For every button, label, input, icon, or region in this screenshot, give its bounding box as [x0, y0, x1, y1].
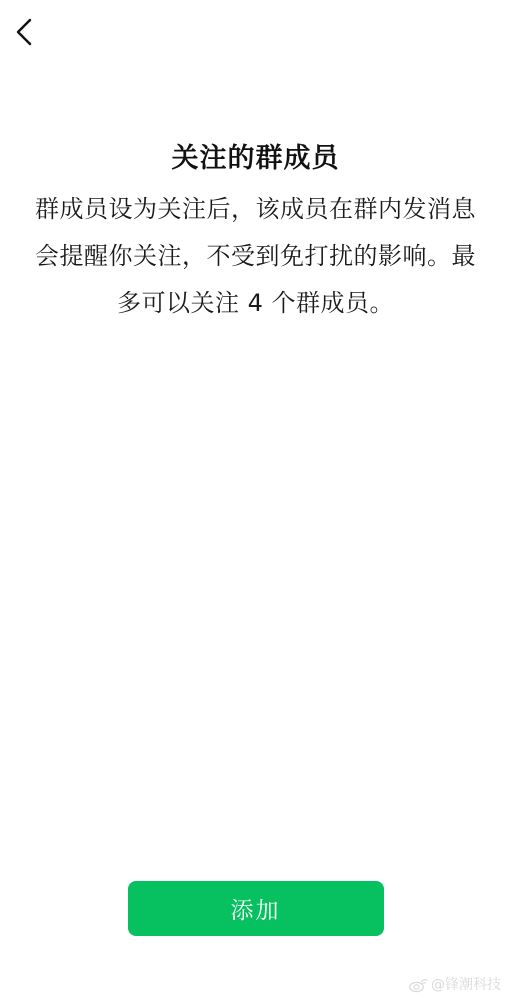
page-title: 关注的群成员 — [0, 136, 511, 175]
add-button[interactable]: 添加 — [128, 881, 384, 936]
page-description: 群成员设为关注后，该成员在群内发消息会提醒你关注，不受到免打扰的影响。最多可以关… — [0, 186, 511, 327]
followed-group-members-page: 关注的群成员 群成员设为关注后，该成员在群内发消息会提醒你关注，不受到免打扰的影… — [0, 0, 511, 1000]
back-button[interactable] — [6, 14, 42, 50]
watermark: @锋潮科技 — [408, 974, 501, 994]
weibo-icon — [408, 976, 428, 993]
add-button-label: 添加 — [231, 892, 281, 925]
watermark-text: @锋潮科技 — [431, 974, 501, 994]
chevron-left-icon — [13, 17, 35, 47]
